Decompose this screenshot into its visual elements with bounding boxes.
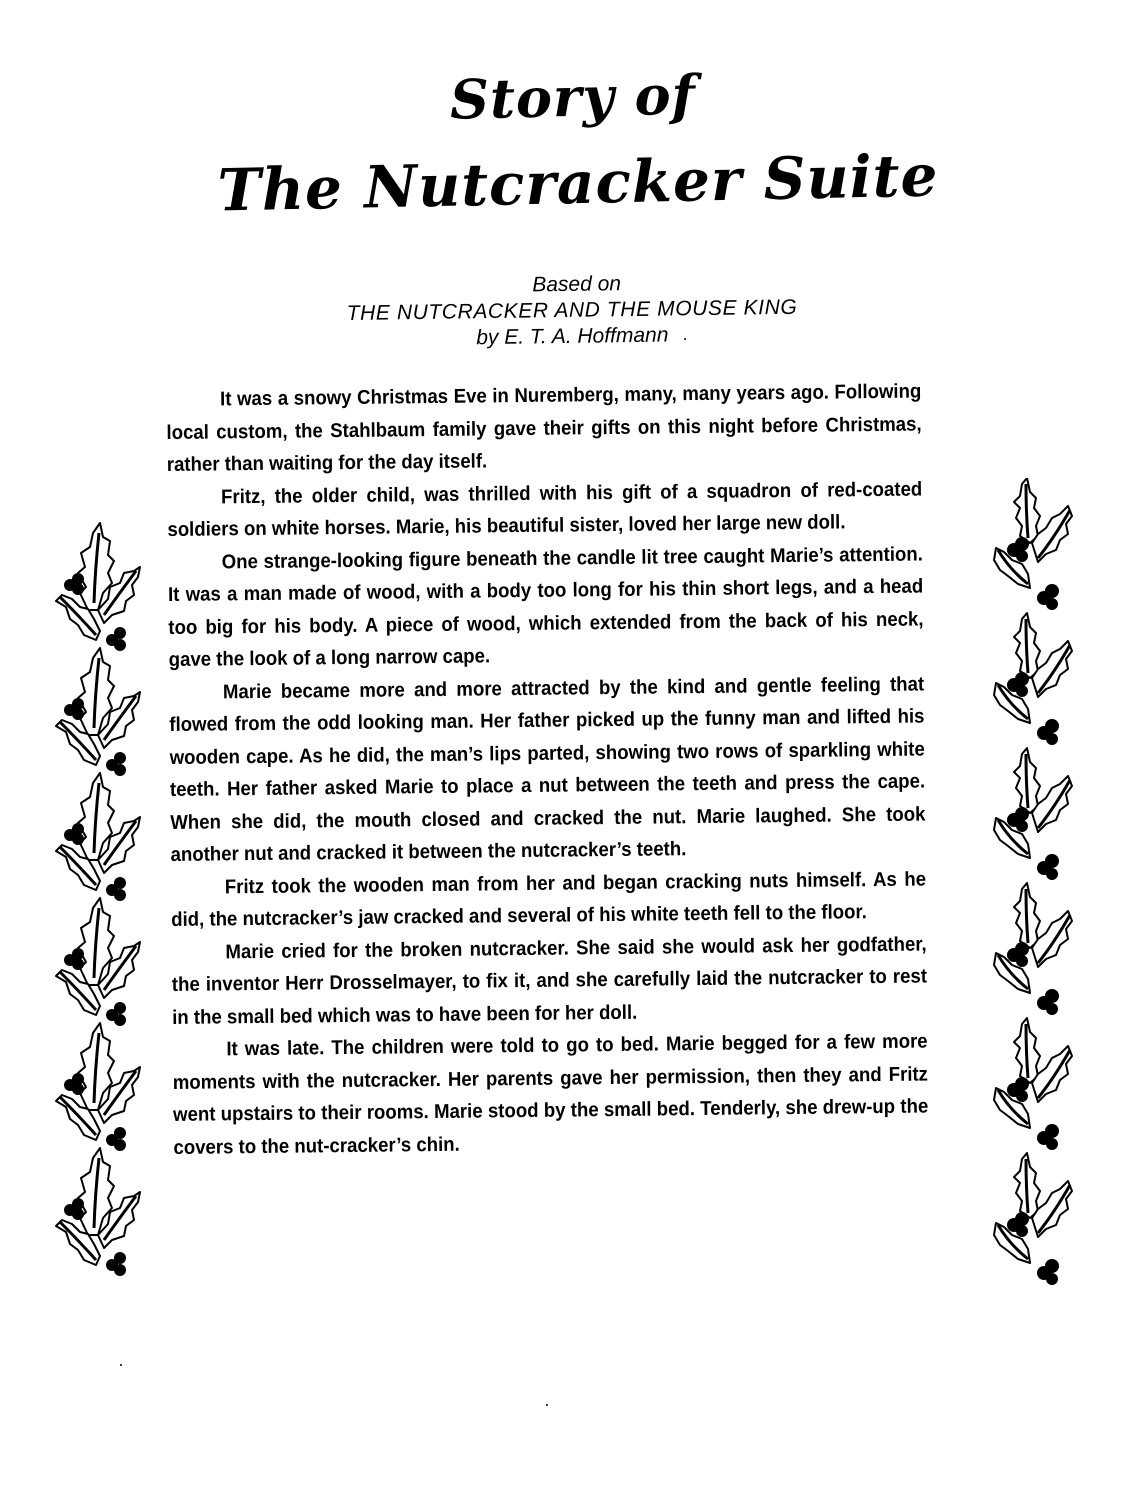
scan-speck xyxy=(120,1364,122,1366)
holly-border-left-icon xyxy=(48,515,148,1315)
page-title: Story of The Nutcracker Suite xyxy=(0,70,1124,212)
title-line-1: Story of xyxy=(21,58,1124,151)
paragraph: One strange-looking figure beneath the c… xyxy=(168,538,924,676)
story-body: It was a snowy Christmas Eve in Nurember… xyxy=(166,375,929,1163)
scan-speck xyxy=(546,1404,548,1406)
paragraph: Fritz, the older child, was thrilled wit… xyxy=(167,473,923,546)
paragraph: Marie cried for the broken nutcracker. S… xyxy=(171,928,927,1034)
subtitle: Based on THE NUTCRACKER AND THE MOUSE KI… xyxy=(0,264,1124,358)
paragraph: It was a snowy Christmas Eve in Nurember… xyxy=(166,375,922,481)
holly-border-right-icon xyxy=(972,478,1082,1304)
paragraph: Marie became more and more attracted by … xyxy=(169,668,926,871)
title-line-2: The Nutcracker Suite xyxy=(32,143,1124,224)
paragraph: It was late. The children were told to g… xyxy=(172,1025,928,1163)
scan-speck xyxy=(684,338,686,340)
paragraph: Fritz took the wooden man from her and b… xyxy=(171,863,927,936)
